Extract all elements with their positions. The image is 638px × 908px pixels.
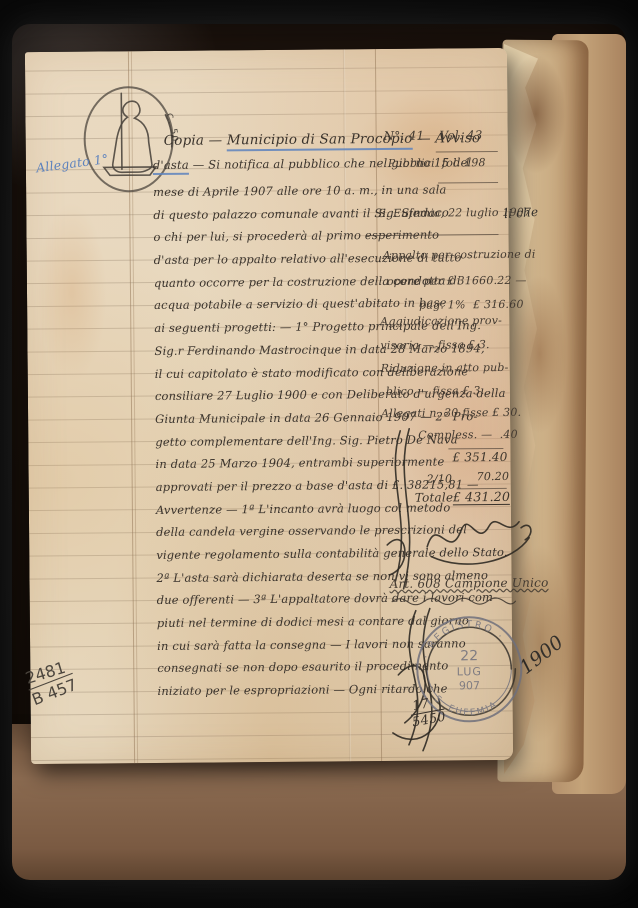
riduzione-line1: Riduzione in atto pub- bbox=[381, 361, 509, 375]
registry-fraction: 17 5450 bbox=[408, 694, 447, 731]
pubblici-label: Pubblici bbox=[388, 157, 435, 170]
appalto-line2: opere per £ 31660.22 — bbox=[387, 274, 527, 288]
percent-fee: pag. 1% £ 316.60 bbox=[419, 298, 524, 312]
complessive-line: Compless. — .40 bbox=[418, 428, 518, 442]
percent-amount: £ 316.60 bbox=[473, 298, 524, 311]
decimi-label: 2/10 bbox=[427, 472, 453, 485]
riduzione-line2: blico — fissa £ 3. bbox=[386, 384, 485, 398]
percent-label: pag. 1% bbox=[419, 298, 466, 311]
stamp-day: 22 bbox=[460, 648, 478, 664]
document-photo: 1900 C. 50. Allegato 1° bbox=[12, 24, 626, 880]
decimi-amount: 70.20 bbox=[477, 470, 510, 483]
stamp-year: 907 bbox=[459, 679, 480, 692]
complessive-amount: .40 bbox=[500, 428, 518, 441]
manuscript-page: C. 50. Allegato 1° Copia — Municipio di … bbox=[25, 48, 513, 764]
page-stain bbox=[36, 201, 108, 382]
act-number: N°. 41 bbox=[384, 129, 425, 143]
totale-amount: £ 431.20 bbox=[453, 489, 510, 505]
aggiudicazione-line1: Aggiudicazione prov- bbox=[380, 314, 502, 328]
volume-number: Vol. 43 bbox=[440, 128, 483, 142]
aggiudicazione-line2: visoria — fissa £ 3. bbox=[380, 338, 489, 352]
appalto-line1: Appalto per costruzione di bbox=[383, 248, 536, 262]
title-copia: Copia — bbox=[164, 132, 227, 149]
subtotal-amount: £ 351.40 bbox=[452, 450, 507, 464]
fol-label: fol. 198 bbox=[442, 156, 486, 169]
stamp-month: LUG bbox=[457, 665, 482, 678]
rule bbox=[436, 151, 498, 153]
dasta-underlined: d'asta bbox=[153, 158, 189, 175]
document-title: Copia — Municipio di San Procopio — Avvi… bbox=[164, 130, 481, 149]
allegati-line: Allegati n. 30 fisse £ 30. bbox=[381, 406, 521, 420]
photograph-scene: 1900 C. 50. Allegato 1° bbox=[0, 0, 638, 908]
manuscript-line: o chi per lui, si procederà al primo esp… bbox=[153, 223, 505, 249]
signature-clerk bbox=[421, 506, 542, 573]
complessive-label: Compless. — bbox=[418, 428, 492, 442]
art-campione-line: Art. 608 Campione Unico bbox=[389, 576, 548, 591]
overflow-word: li che bbox=[504, 205, 539, 221]
